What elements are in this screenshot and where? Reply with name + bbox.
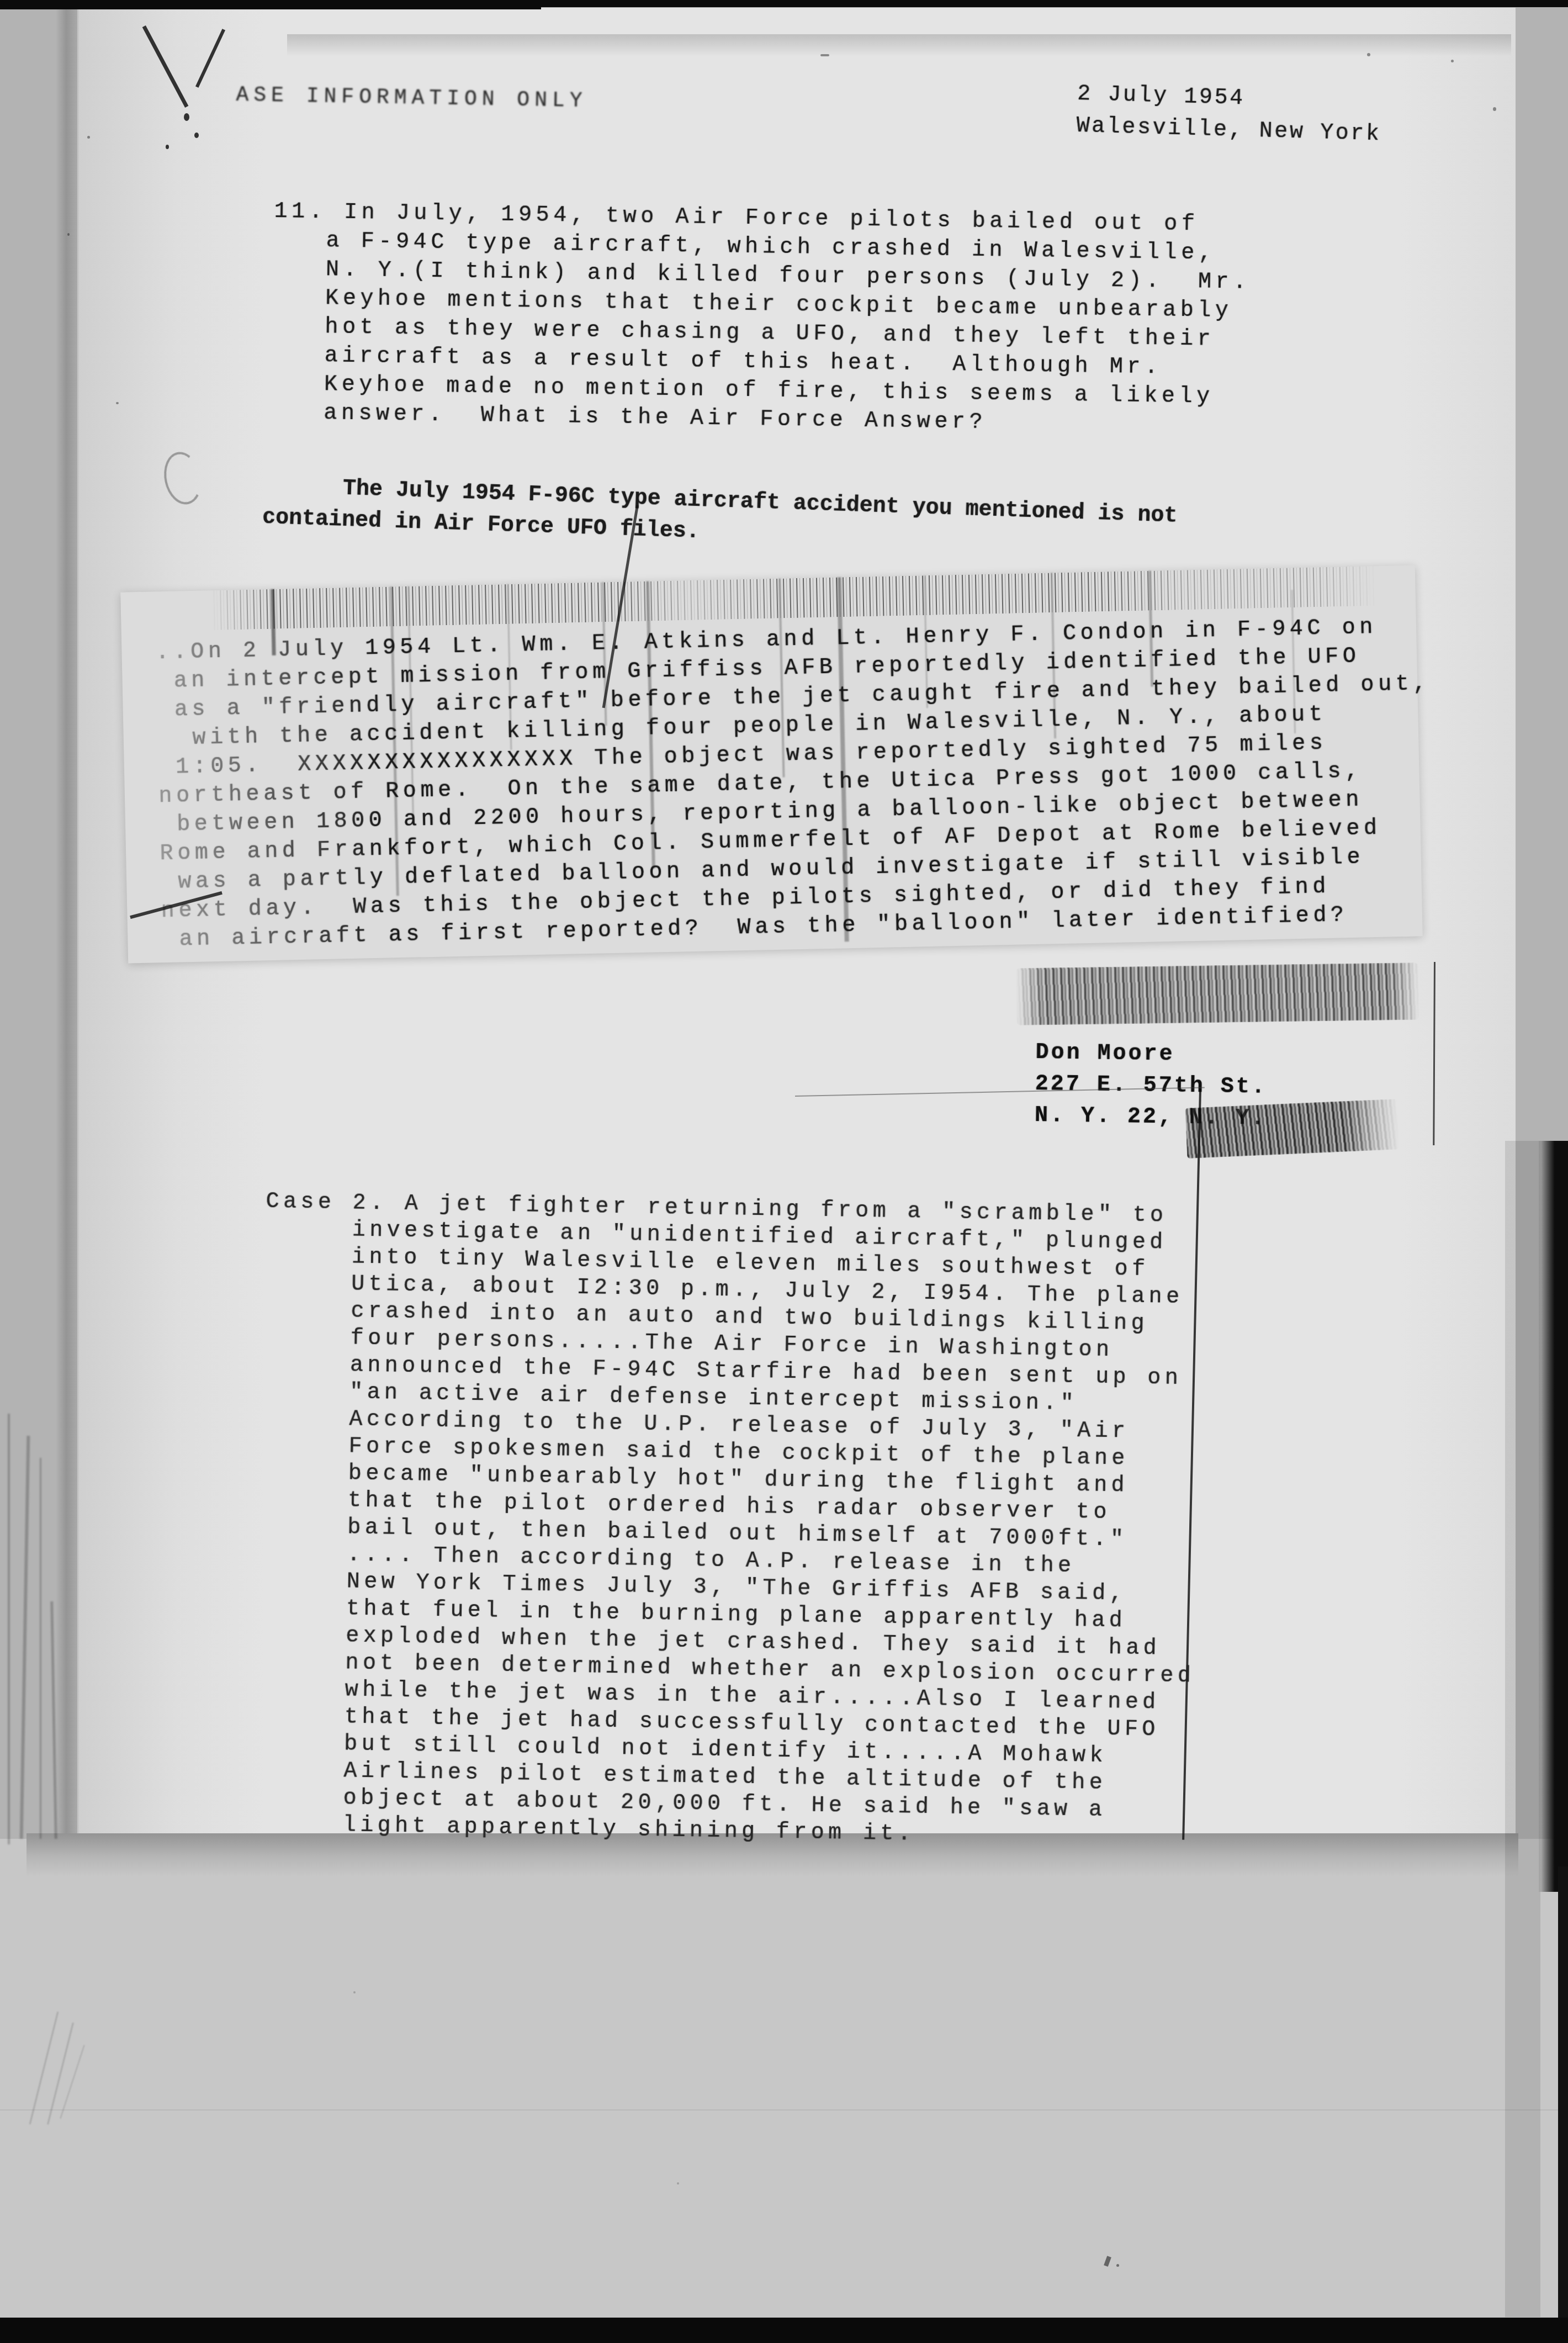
carbon-note-text: ..On 2 July 1954 Lt. Wm. E. Atkins and L…	[138, 612, 1439, 955]
case-2-text: Case 2. A jet fighter returning from a "…	[256, 1188, 1203, 1852]
page-left-shadow	[56, 8, 79, 1839]
redaction-smudge	[1015, 962, 1419, 1025]
scan-border-top	[0, 0, 541, 9]
dust-speck	[1451, 60, 1454, 62]
scan-edge-streak	[20, 1436, 30, 1839]
pen-ink-dot	[184, 113, 189, 121]
scan-border-right	[1558, 1866, 1568, 2319]
pen-ink-dot	[1116, 2264, 1119, 2267]
scan-edge-streak	[40, 1458, 41, 1839]
pen-ink-dot	[166, 145, 169, 149]
scan-border-bottom	[0, 2318, 1568, 2343]
date-location-block: 2 July 1954 Walesville, New York	[1076, 78, 1382, 151]
pen-ink-dot	[194, 133, 199, 138]
dust-speck	[353, 1991, 356, 1993]
scan-border-right	[1538, 1141, 1568, 1892]
date-line: 2 July 1954	[1077, 82, 1246, 111]
ink-stamp-smudge	[1185, 1099, 1400, 1159]
question-11-text: 11. In July, 1954, two Air Force pilots …	[271, 198, 1251, 441]
scan-border-right-shade	[1505, 1141, 1540, 2317]
dust-speck	[820, 54, 829, 56]
location-line: Walesville, New York	[1076, 114, 1381, 147]
dust-speck	[116, 402, 119, 404]
carbon-note-strip: ..On 2 July 1954 Lt. Wm. E. Atkins and L…	[120, 565, 1423, 964]
dust-speck	[87, 136, 90, 139]
scan-background	[0, 1839, 1568, 2343]
dust-speck	[677, 2182, 679, 2185]
scanned-document: ASE INFORMATION ONLY 2 July 1954 Walesvi…	[0, 0, 1568, 2343]
dust-speck	[1367, 53, 1370, 56]
scan-edge-streak	[8, 1414, 10, 1844]
scan-crease-line	[0, 2109, 1568, 2111]
dust-speck	[67, 233, 70, 236]
dust-speck	[1493, 107, 1496, 111]
